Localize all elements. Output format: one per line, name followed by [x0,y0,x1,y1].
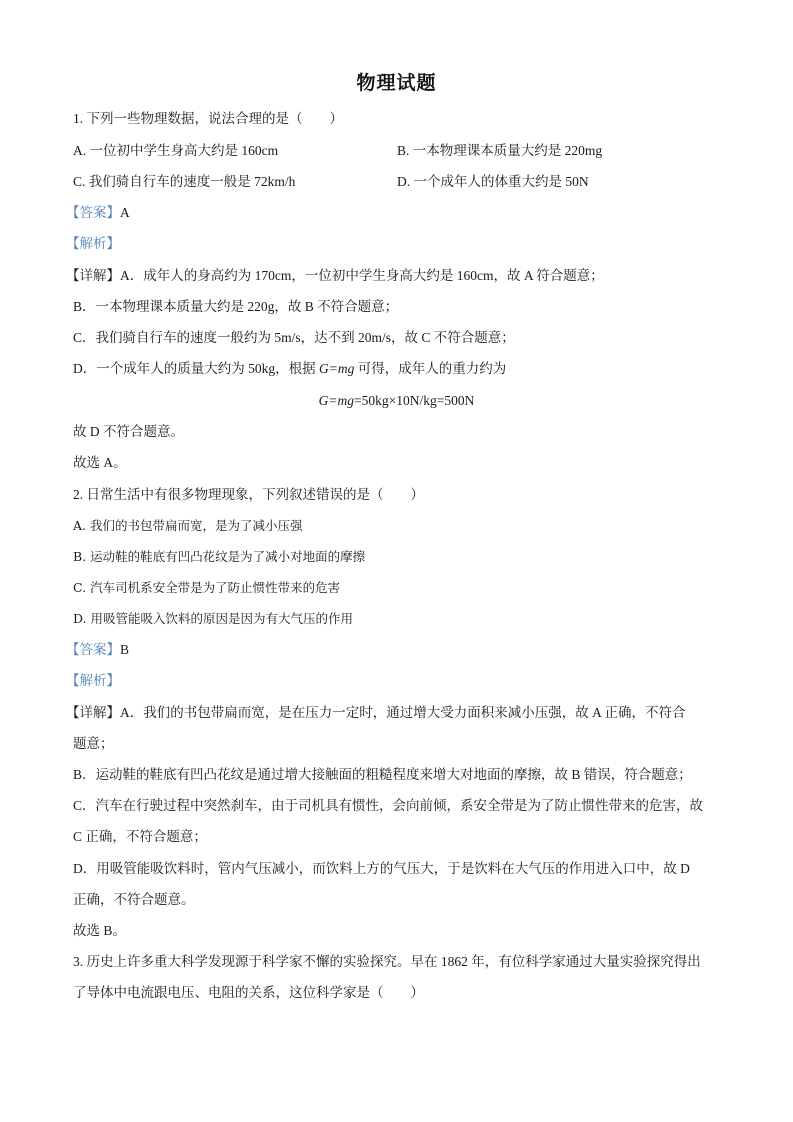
question-text: 下列一些物理数据，说法合理的是（ ） [87,111,344,126]
q2-detail-d: D．用吸管能吸饮料时，管内气压减小，而饮料上方的气压大，于是饮料在大气压的作用进… [73,860,690,878]
q2-analysis: 【解析】 [66,672,120,690]
option-letter: A. [73,518,86,533]
detail-text: D．一个成年人的质量大约为 50kg，根据 [73,361,319,376]
detail-label: 【详解】 [66,705,120,720]
q2-answer: 【答案】B [66,641,129,659]
option-text: 用吸管能吸入饮料的原因是因为有大气压的作用 [91,611,354,626]
question-3-stem-cont: 了导体中电流跟电压、电阻的关系，这位科学家是（ ） [73,984,424,1002]
analysis-label: 【解析】 [66,673,120,688]
question-2-stem: 2. 日常生活中有很多物理现象，下列叙述错误的是（ ） [73,486,424,504]
inline-formula: G=mg [319,361,354,376]
q2-detail-b: B．运动鞋的鞋底有凹凸花纹是通过增大接触面的粗糙程度来增大对地面的摩擦，故 B … [73,766,692,784]
formula-part: =50kg×10N/kg=500N [354,393,474,408]
q2-option-a: A. 我们的书包带扁而宽，是为了减小压强 [73,517,303,535]
option-text: 一本物理课本质量大约是 220mg [413,143,602,158]
question-3-stem: 3. 历史上许多重大科学发现源于科学家不懈的实验探究。早在 1862 年，有位科… [73,953,701,971]
question-number: 3. [73,954,83,969]
q1-option-d: D. 一个成年人的体重大约是 50N [397,173,589,191]
q1-formula: G=mg=50kg×10N/kg=500N [0,392,793,410]
q1-option-a: A. 一位初中学生身高大约是 160cm [73,142,278,160]
option-text: 一位初中学生身高大约是 160cm [90,143,279,158]
question-1-stem: 1. 下列一些物理数据，说法合理的是（ ） [73,110,343,128]
q1-detail-a: 【详解】A．成年人的身高约为 170cm，一位初中学生身高大约是 160cm，故… [66,267,604,285]
option-letter: B. [397,143,409,158]
answer-value: A [120,205,130,220]
q1-answer: 【答案】A [66,204,130,222]
answer-label: 【答案】 [66,642,120,657]
option-text: 我们的书包带扁而宽，是为了减小压强 [90,518,303,533]
detail-label: 【详解】 [66,268,120,283]
q1-option-c: C. 我们骑自行车的速度一般是 72km/h [73,173,295,191]
q1-detail-conclusion: 故 D 不符合题意。 [73,423,184,441]
detail-text: A．成年人的身高约为 170cm，一位初中学生身高大约是 160cm，故 A 符… [120,268,604,283]
option-letter: C. [73,174,85,189]
question-number: 1. [73,111,83,126]
q1-analysis: 【解析】 [66,235,120,253]
option-text: 运动鞋的鞋底有凹凸花纹是为了减小对地面的摩擦 [90,549,365,564]
q1-detail-d: D．一个成年人的质量大约为 50kg，根据 G=mg 可得，成年人的重力约为 [73,360,506,378]
detail-text: A．我们的书包带扁而宽，是在压力一定时，通过增大受力面积来减小压强，故 A 正确… [120,705,686,720]
option-letter: A. [73,143,86,158]
option-letter: D. [73,611,87,626]
q2-detail-c: C．汽车在行驶过程中突然刹车，由于司机具有惯性，会向前倾，系安全带是为了防止惯性… [73,797,703,815]
q1-detail-c: C．我们骑自行车的速度一般约为 5m/s，达不到 20m/s，故 C 不符合题意… [73,329,515,347]
document-page: 物理试题 1. 下列一些物理数据，说法合理的是（ ） A. 一位初中学生身高大约… [0,0,793,1122]
q2-final-choice: 故选 B。 [73,922,126,940]
q2-option-d: D. 用吸管能吸入饮料的原因是因为有大气压的作用 [73,610,353,628]
question-number: 2. [73,487,83,502]
q2-option-c: C. 汽车司机系安全带是为了防止惯性带来的危害 [73,579,340,597]
answer-value: B [120,642,129,657]
q2-detail-d-cont: 正确，不符合题意。 [73,891,195,909]
question-text: 历史上许多重大科学发现源于科学家不懈的实验探究。早在 1862 年，有位科学家通… [87,954,701,969]
answer-label: 【答案】 [66,205,120,220]
q1-detail-b: B．一本物理课本质量大约是 220g，故 B 不符合题意； [73,298,398,316]
formula-part: mg [338,393,355,408]
question-text: 日常生活中有很多物理现象，下列叙述错误的是（ ） [87,487,425,502]
q1-final-choice: 故选 A。 [73,454,127,472]
q2-option-b: B. 运动鞋的鞋底有凹凸花纹是为了减小对地面的摩擦 [73,548,365,566]
detail-text: 可得，成年人的重力约为 [354,361,506,376]
formula-part: G= [319,393,338,408]
option-letter: C. [73,580,86,595]
option-text: 我们骑自行车的速度一般是 72km/h [89,174,296,189]
option-text: 汽车司机系安全带是为了防止惯性带来的危害 [90,580,340,595]
q2-detail-c-cont: C 正确，不符合题意； [73,828,207,846]
analysis-label: 【解析】 [66,236,120,251]
option-letter: D. [397,174,410,189]
option-letter: B. [73,549,86,564]
option-text: 一个成年人的体重大约是 50N [414,174,589,189]
q2-detail-a: 【详解】A．我们的书包带扁而宽，是在压力一定时，通过增大受力面积来减小压强，故 … [66,704,686,722]
q1-option-b: B. 一本物理课本质量大约是 220mg [397,142,602,160]
q2-detail-a-cont: 题意； [73,735,114,753]
page-title: 物理试题 [0,68,793,95]
